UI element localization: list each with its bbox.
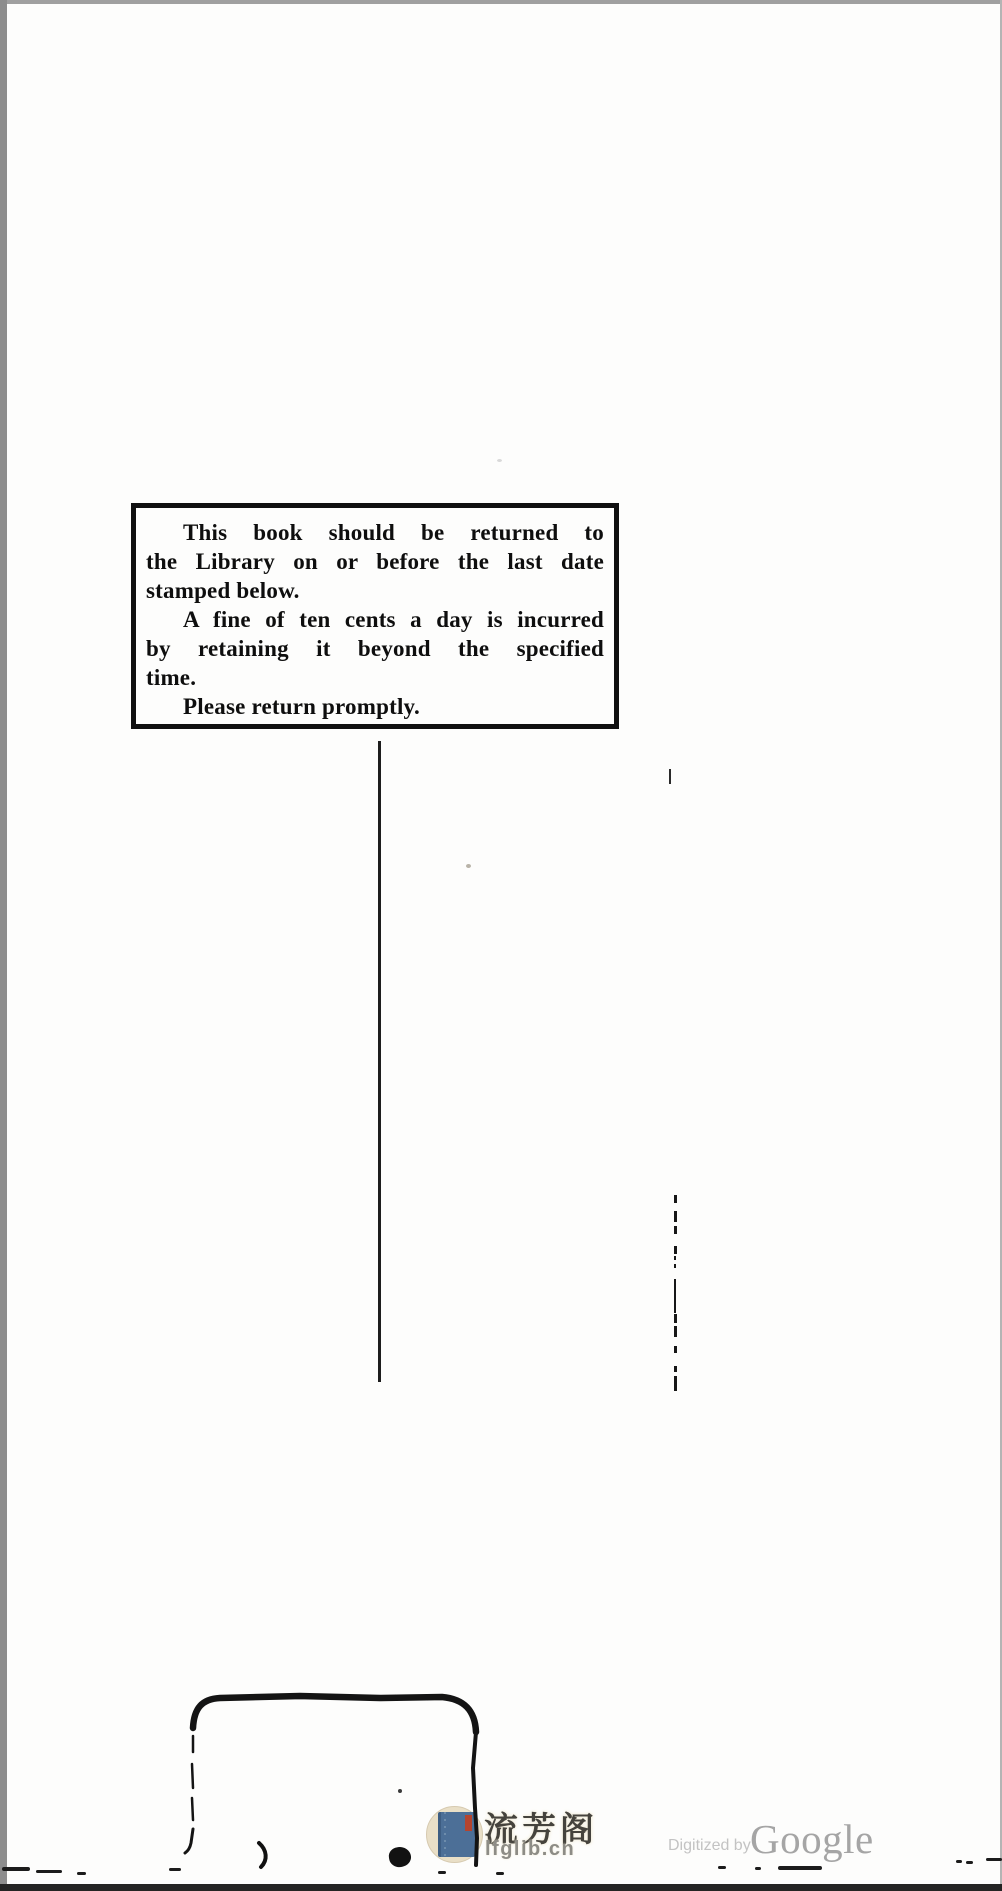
ink-speck — [36, 1870, 62, 1873]
ink-speck — [778, 1866, 822, 1870]
dash-segment — [674, 1314, 677, 1323]
ink-tick-mark — [669, 769, 671, 784]
watermark-domain: lfglib.cn — [485, 1838, 575, 1861]
ink-speck — [755, 1867, 761, 1870]
ink-speck — [438, 1871, 446, 1874]
ink-speck — [77, 1872, 86, 1875]
date-column-rule — [378, 741, 381, 1382]
ink-speck — [496, 1872, 504, 1875]
dash-segment — [674, 1195, 677, 1203]
dash-segment — [674, 1279, 676, 1313]
ink-speck — [718, 1866, 726, 1869]
dash-segment — [674, 1326, 677, 1337]
google-logo: Google — [750, 1815, 874, 1863]
dash-segment — [674, 1385, 677, 1391]
dash-segment — [674, 1346, 677, 1353]
dash-segment — [674, 1264, 676, 1268]
page-edge-bottom — [0, 1884, 1002, 1891]
dash-segment — [674, 1256, 676, 1260]
dash-segment — [674, 1211, 677, 1222]
notice-line: by retaining it beyond the specified — [146, 634, 604, 663]
ink-speck — [2, 1867, 30, 1871]
notice-line: Please return promptly. — [146, 692, 604, 721]
ink-speck — [986, 1858, 1002, 1861]
stamp-outline — [180, 1688, 490, 1870]
ink-speck — [956, 1860, 962, 1863]
faint-speck — [497, 459, 502, 462]
digitized-by-label: Digitized by — [668, 1837, 751, 1855]
dash-segment — [674, 1246, 677, 1254]
dash-segment — [674, 1226, 677, 1234]
notice-line: A fine of ten cents a day is incurred — [146, 605, 604, 634]
dash-segment — [674, 1366, 677, 1372]
page-edge-top — [0, 0, 1002, 4]
page-edge-left — [0, 0, 7, 1891]
ink-speck — [966, 1861, 973, 1864]
ink-mark-paren — [255, 1840, 275, 1870]
notice-line: stamped below. — [146, 576, 604, 605]
library-notice-box: This book should be returned to the Libr… — [131, 503, 619, 729]
scanned-book-page: This book should be returned to the Libr… — [0, 0, 1002, 1891]
faint-speck — [466, 864, 471, 868]
notice-line: This book should be returned to — [146, 518, 604, 547]
notice-line: the Library on or before the last date — [146, 547, 604, 576]
notice-line: time. — [146, 663, 604, 692]
